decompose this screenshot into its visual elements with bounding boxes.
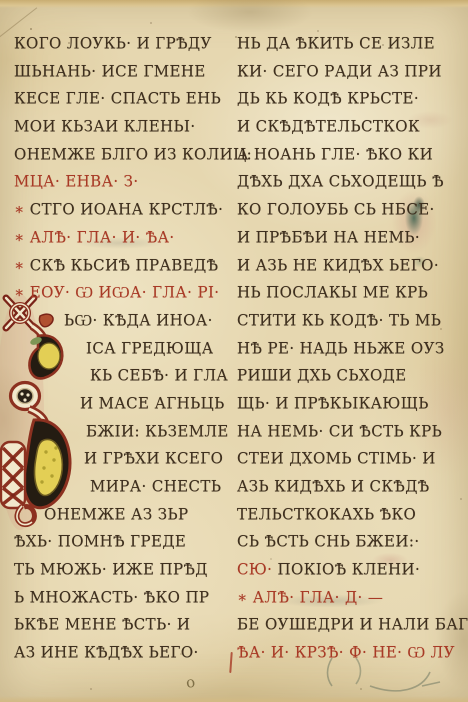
ink-text-segment: СКѢ КЬСИѢ ПРАВЕДѢ (30, 256, 219, 275)
text-line: ∗ СТГО ИОАНА КРСТЛѢ· (14, 196, 232, 225)
ink-text-segment: И АЗЬ НЕ КИДѢХ ЬЕГО· (237, 256, 439, 275)
rubric-descender-stroke (229, 652, 232, 673)
page-bottom-edge (0, 696, 468, 702)
text-line: ∗ ЕОУ· Ѡ ИѠА· ГЛА· РІ· (14, 279, 232, 308)
ink-text-segment: ШЬНАНЬ· ИСЕ ГМЕНЕ (14, 62, 206, 81)
ink-text-segment: НЬ ДА ѢКИТЬ СЕ ИЗЛЕ (237, 34, 435, 53)
ink-text-segment: ѢХЬ· ПОМНѢ ГРЕДЕ (14, 533, 186, 552)
ink-text-segment: А НОАНЬ ГЛЕ· ѢКО КИ (237, 145, 433, 164)
text-line: ОНЕМЖЕ АЗ ЗЬР (14, 501, 232, 530)
ink-text-segment: ТЕЛЬСТКОКАХЬ ѢКО (237, 505, 416, 524)
quire-mark: о (185, 673, 201, 691)
ink-text-segment: БЖІИ: КЬЗЕМЛЕ (86, 422, 229, 441)
text-line: НЬ ПОСЛАКЬІ МЕ КРЬ (237, 279, 463, 308)
ink-text-segment: МИРА· СНЕСТЬ (90, 477, 221, 496)
rubric-text-segment: ∗ АЛѢ· ГЛА· Д· — (237, 588, 383, 607)
text-line: ШЬНАНЬ· ИСЕ ГМЕНЕ (14, 58, 232, 87)
ink-text-segment: СТЕИ ДХОМЬ СТІМЬ· И (237, 449, 436, 468)
ink-text-segment: БЕ ОУШЕДРИ И НАЛИ БАГ· (237, 616, 468, 635)
text-line: НА НЕМЬ· СИ ѢСТЬ КРЬ (237, 418, 463, 447)
text-line: РИШИ ДХЬ СЬХОДЕ (237, 362, 463, 391)
ink-text-segment: ЩЬ· И ПРѢКЬІКАЮЩЬ (237, 394, 429, 413)
ink-text-segment: ДѢХЬ ДХА СЬХОДЕЩЬ Ѣ (237, 173, 444, 192)
text-line: КЬ СЕБѢ· И ГЛА (14, 362, 232, 391)
text-line: И ПРѢБѢИ НА НЕМЬ· (237, 224, 463, 253)
rubric-text-segment: ∗ ЕОУ· Ѡ ИѠА· ГЛА· РІ· (14, 283, 219, 302)
text-line: И АЗЬ НЕ КИДѢХ ЬЕГО· (237, 252, 463, 281)
text-column-left: КОГО ЛОУКЬ· И ГРѢДУШЬНАНЬ· ИСЕ ГМЕНЕКЕСЕ… (14, 30, 232, 667)
text-line: АЗ ИНЕ КѢДѢХ ЬЕГО· (14, 639, 232, 668)
text-line: ТЕЛЬСТКОКАХЬ ѢКО (237, 501, 463, 530)
text-line: ЬКѢЕ МЕНЕ ѢСТЬ· И (14, 611, 232, 640)
ink-text-segment: И ГРѢХИ КСЕГО (84, 449, 223, 468)
text-line: КО ГОЛОУБЬ СЬ НБСЕ· (237, 196, 463, 225)
rubric-text-segment: МЦА· ЕНВА· З· (14, 173, 139, 192)
ink-text-segment: ПОКІОѢ КЛЕНИ· (278, 560, 421, 579)
ink-text-segment: КЬ СЕБѢ· И ГЛА (90, 366, 228, 385)
text-line: ∗ СКѢ КЬСИѢ ПРАВЕДѢ (14, 252, 232, 281)
ink-text-segment: И СКѢДѢТЕЛЬСТКОК (237, 117, 420, 136)
ink-text-segment: НѢ РЕ· НАДЬ НЬЖЕ ОУЗ (237, 339, 445, 358)
ink-text-segment: КОГО ЛОУКЬ· И ГРѢДУ (14, 34, 212, 53)
ink-text-segment: СТГО ИОАНА КРСТЛѢ· (30, 200, 224, 219)
text-line: ДЬ КЬ КОДѢ КРЬСТЕ· (237, 85, 463, 114)
ink-text-segment: СЬ ѢСТЬ СНЬ БЖЕИ:· (237, 533, 420, 552)
text-line: КОГО ЛОУКЬ· И ГРѢДУ (14, 30, 232, 59)
text-line: МОИ КЬЗАИ КЛЕНЬІ· (14, 113, 232, 142)
ink-text-segment: АЗЬ КИДѢХЬ И СКѢДѢ (237, 477, 430, 496)
text-column-right: НЬ ДА ѢКИТЬ СЕ ИЗЛЕКИ· СЕГО РАДИ АЗ ПРИД… (237, 30, 463, 667)
text-line: И МАСЕ АГНЬЦЬ (14, 390, 232, 419)
text-line: МЦА· ЕНВА· З· (14, 168, 232, 197)
rubric-text-segment: СЮ· (237, 560, 278, 579)
faint-pen-trials (318, 652, 448, 698)
text-line: ДѢХЬ ДХА СЬХОДЕЩЬ Ѣ (237, 168, 463, 197)
text-line: ТЬ МЮЖЬ· ИЖЕ ПРѢД (14, 556, 232, 585)
ink-text-segment: ЬКѢЕ МЕНЕ ѢСТЬ· И (14, 616, 190, 635)
ink-text-segment: ЬѠ· КѢДА ИНОА· (64, 311, 213, 330)
page-top-edge (0, 0, 468, 8)
text-line: ОНЕМЖЕ БЛГО ИЗ КОЛИЦ: (14, 141, 232, 170)
text-line: А НОАНЬ ГЛЕ· ѢКО КИ (237, 141, 463, 170)
ink-text-segment: АЗ ИНЕ КѢДѢХ ЬЕГО· (14, 643, 199, 662)
text-line: СЬ ѢСТЬ СНЬ БЖЕИ:· (237, 528, 463, 557)
text-line: АЗЬ КИДѢХЬ И СКѢДѢ (237, 473, 463, 502)
ink-text-segment: НЬ ПОСЛАКЬІ МЕ КРЬ (237, 283, 428, 302)
text-line: И ГРѢХИ КСЕГО (14, 445, 232, 474)
ink-text-segment: СТИТИ КЬ КОДѢ· ТЬ МЬ (237, 311, 441, 330)
ink-text-segment: ОНЕМЖЕ БЛГО ИЗ КОЛИЦ: (14, 145, 252, 164)
ink-text-segment: КИ· СЕГО РАДИ АЗ ПРИ (237, 62, 442, 81)
text-line: Ь МНОЖАСТЬ· ѢКО ПР (14, 584, 232, 613)
ink-text-segment: Ь МНОЖАСТЬ· ѢКО ПР (14, 588, 209, 607)
text-line: СТИТИ КЬ КОДѢ· ТЬ МЬ (237, 307, 463, 336)
ink-text-segment: МОИ КЬЗАИ КЛЕНЬІ· (14, 117, 196, 136)
text-line: ЬѠ· КѢДА ИНОА· (14, 307, 232, 336)
ink-text-segment: НА НЕМЬ· СИ ѢСТЬ КРЬ (237, 422, 442, 441)
text-line: БЕ ОУШЕДРИ И НАЛИ БАГ· (237, 611, 463, 640)
text-line: ІСА ГРЕДЮЩА (14, 335, 232, 364)
rubric-text-segment: ∗ (14, 256, 30, 275)
text-line: НЬ ДА ѢКИТЬ СЕ ИЗЛЕ (237, 30, 463, 59)
text-line: МИРА· СНЕСТЬ (14, 473, 232, 502)
text-line: СТЕИ ДХОМЬ СТІМЬ· И (237, 445, 463, 474)
text-line: ∗ АЛѢ· ГЛА· И· ѢА· (14, 224, 232, 253)
ink-text-segment: ДЬ КЬ КОДѢ КРЬСТЕ· (237, 90, 419, 109)
ink-text-segment: И МАСЕ АГНЬЦЬ (80, 394, 225, 413)
rubric-text-segment: ∗ АЛѢ· ГЛА· И· ѢА· (14, 228, 175, 247)
ink-text-segment: КЕСЕ ГЛЕ· СПАСТЬ ЕНЬ (14, 90, 221, 109)
ink-text-segment: ОНЕМЖЕ АЗ ЗЬР (44, 505, 188, 524)
text-line: КИ· СЕГО РАДИ АЗ ПРИ (237, 58, 463, 87)
text-line: И СКѢДѢТЕЛЬСТКОК (237, 113, 463, 142)
ink-text-segment: КО ГОЛОУБЬ СЬ НБСЕ· (237, 200, 435, 219)
text-line: ЩЬ· И ПРѢКЬІКАЮЩЬ (237, 390, 463, 419)
text-line: ∗ АЛѢ· ГЛА· Д· — (237, 584, 463, 613)
text-line: ѢХЬ· ПОМНѢ ГРЕДЕ (14, 528, 232, 557)
text-line: БЖІИ: КЬЗЕМЛЕ (14, 418, 232, 447)
ink-text-segment: РИШИ ДХЬ СЬХОДЕ (237, 366, 407, 385)
ink-text-segment: ІСА ГРЕДЮЩА (86, 339, 213, 358)
text-line: СЮ· ПОКІОѢ КЛЕНИ· (237, 556, 463, 585)
text-line: КЕСЕ ГЛЕ· СПАСТЬ ЕНЬ (14, 85, 232, 114)
rubric-text-segment: ∗ (14, 200, 30, 219)
text-line: НѢ РЕ· НАДЬ НЬЖЕ ОУЗ (237, 335, 463, 364)
ink-text-segment: ТЬ МЮЖЬ· ИЖЕ ПРѢД (14, 560, 208, 579)
ink-text-segment: И ПРѢБѢИ НА НЕМЬ· (237, 228, 420, 247)
manuscript-page: КОГО ЛОУКЬ· И ГРѢДУШЬНАНЬ· ИСЕ ГМЕНЕКЕСЕ… (0, 0, 468, 702)
